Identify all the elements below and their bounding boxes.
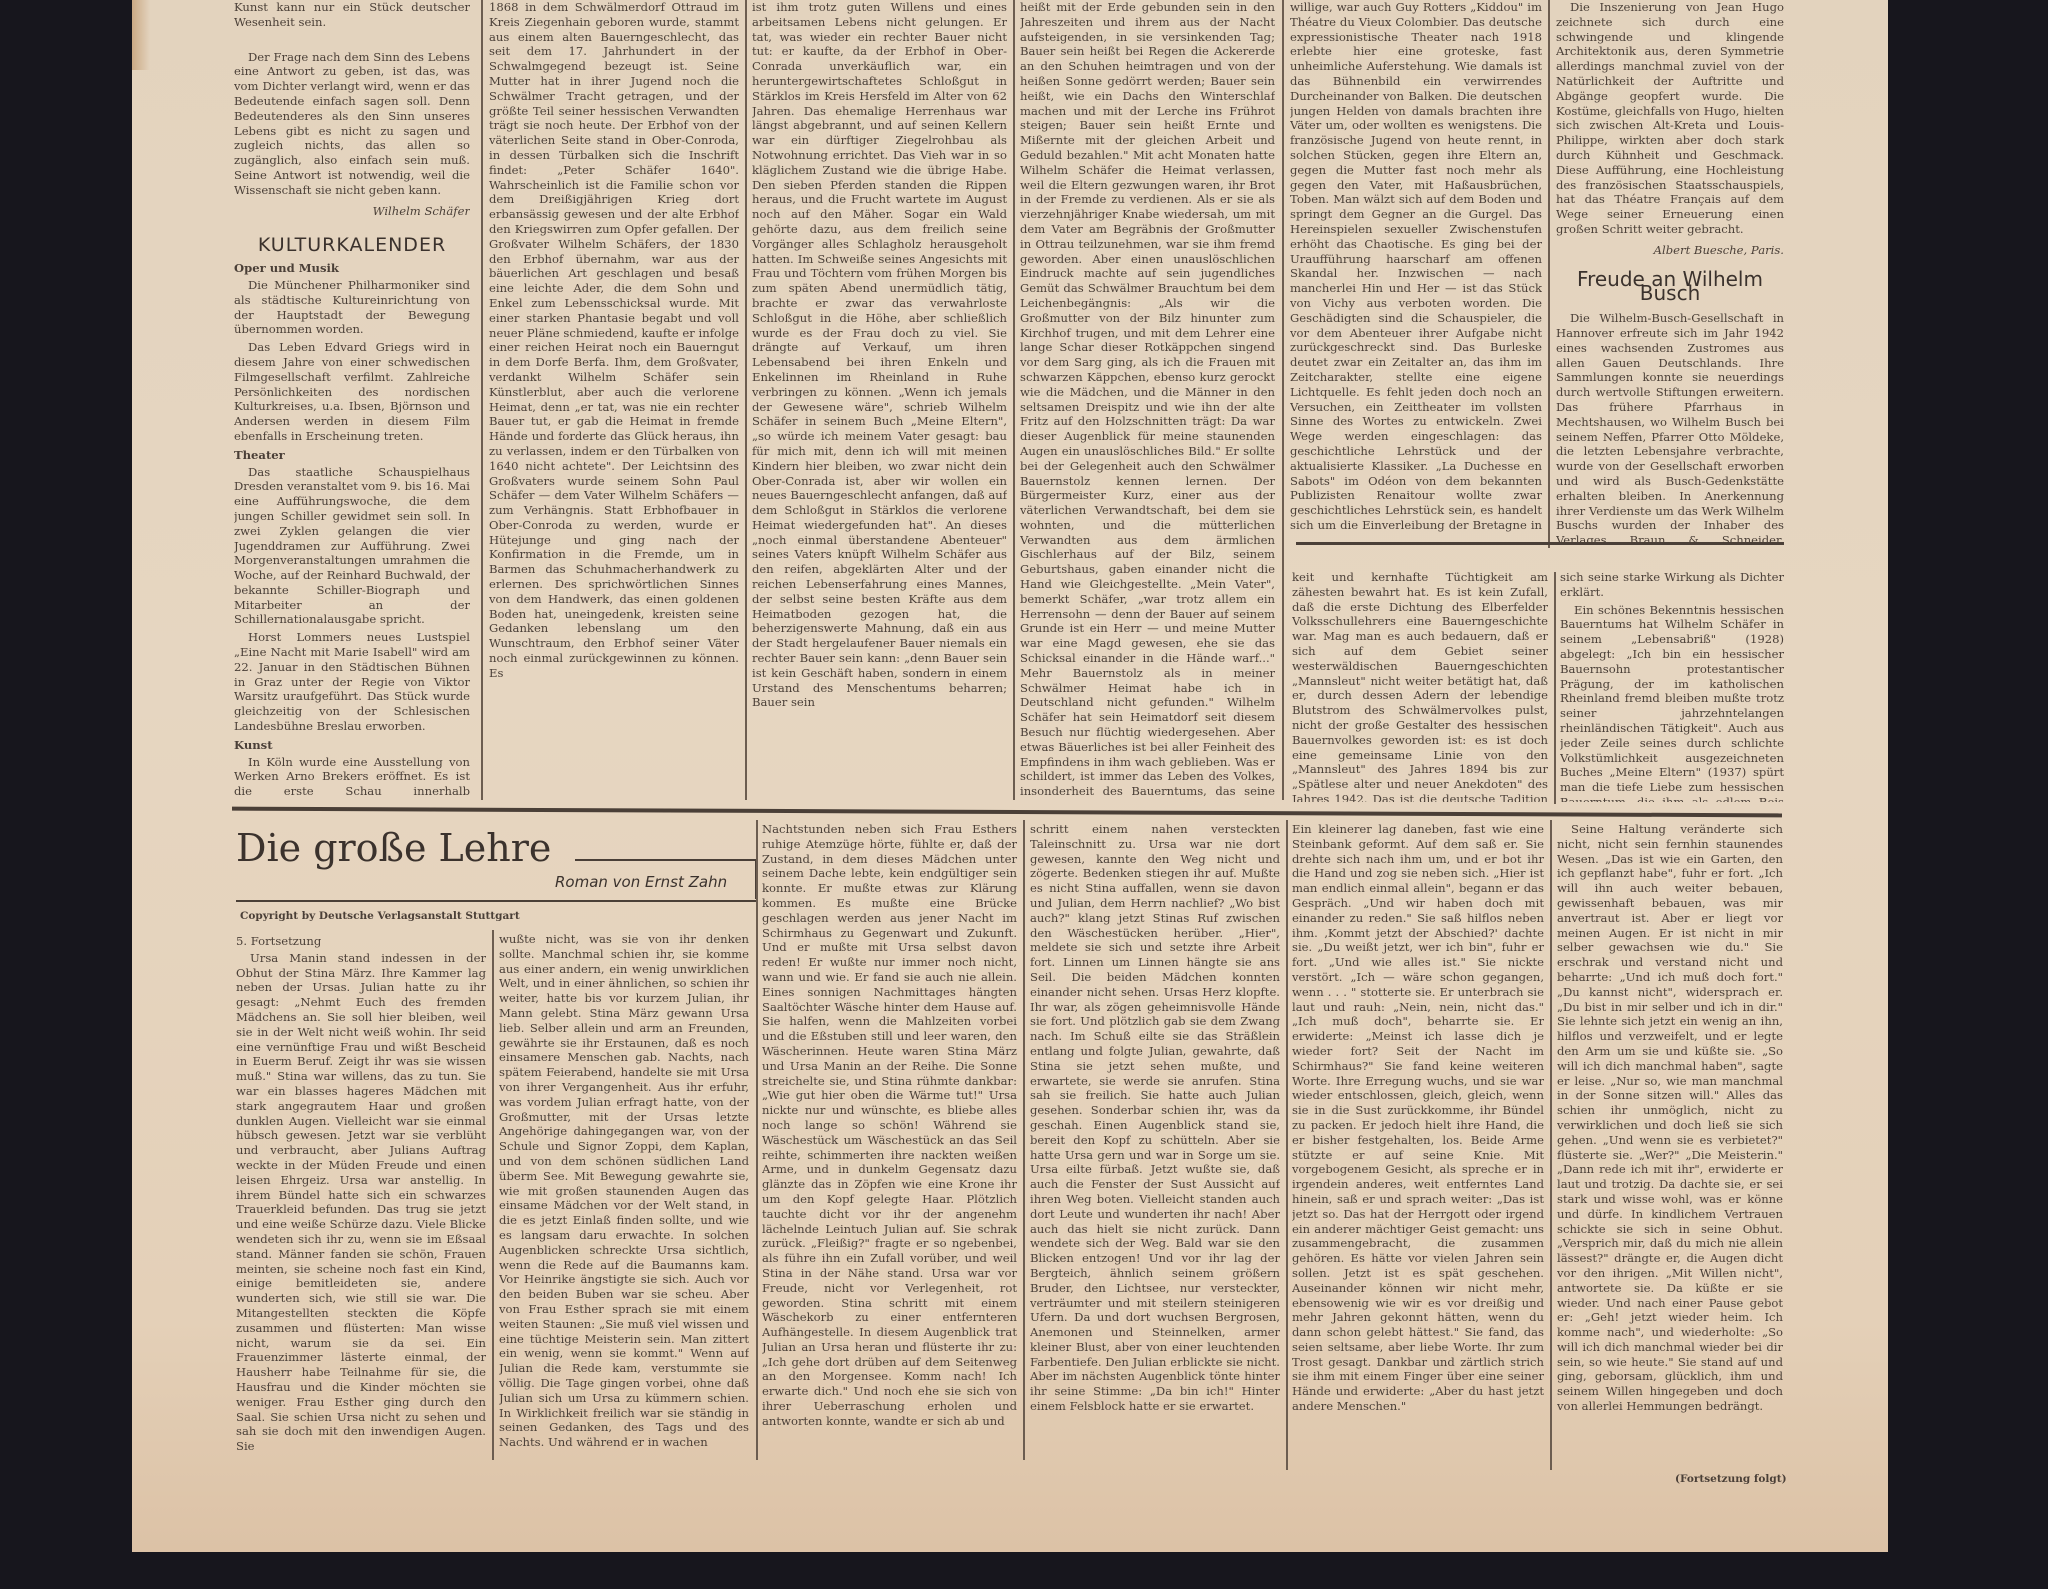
busch-heading: Freude an Wilhelm Busch [1556, 272, 1784, 302]
title-underline [236, 900, 756, 902]
title-rule [575, 859, 755, 861]
kunst-p1: In Köln wurde eine Ausstellung von Werke… [234, 755, 470, 800]
theater-p2: Horst Lommers neues Lustspiel „Eine Nach… [234, 630, 470, 734]
article-text: 1868 in dem Schwälmerdorf Ottraud im Kre… [489, 0, 739, 681]
kulturkalender-heading: KULTURKALENDER [234, 238, 470, 253]
serial-text: schritt einem nahen versteckten Taleinsc… [1030, 822, 1280, 1414]
article-text: sich seine starke Wirkung als Dichter er… [1560, 570, 1784, 600]
copyright-notice: Copyright by Deutsche Verlagsanstalt Stu… [240, 910, 520, 922]
theater-p1: Das staatliche Schauspielhaus Dresden ve… [234, 465, 470, 628]
column-divider [1554, 572, 1556, 804]
column-divider [756, 820, 758, 1460]
serial-column-1: 5. Fortsetzung Ursa Manin stand indessen… [236, 930, 486, 1454]
serial-text: Seine Haltung veränderte sich nicht, nic… [1557, 822, 1783, 1414]
serial-column-3: Nachtstunden neben sich Frau Esthers ruh… [762, 822, 1017, 1454]
serial-text: Ursa Manin stand indessen in der Obhut d… [236, 951, 486, 1454]
serial-column-6: Seine Haltung veränderte sich nicht, nic… [1557, 822, 1783, 1462]
essay-paragraph: Der Frage nach dem Sinn des Lebens eine … [234, 50, 470, 198]
paper-stain [132, 0, 150, 70]
oper-p2: Das Leben Edvard Griegs wird in diesem J… [234, 340, 470, 444]
paris-signature: Albert Buesche, Paris. [1556, 243, 1784, 258]
paris-review-text: Die Inszenierung von Jean Hugo zeichnete… [1556, 0, 1784, 237]
column-divider [1550, 820, 1552, 1470]
serial-column-5: Ein kleinerer lag daneben, fast wie eine… [1292, 822, 1544, 1470]
column-divider [1548, 0, 1550, 548]
column-busch: Die Inszenierung von Jean Hugo zeichnete… [1556, 0, 1784, 545]
article-text: keit und kernhafte Tüchtigkeit am zähest… [1292, 570, 1548, 802]
article-text: heißt mit der Erde gebunden sein in den … [1020, 0, 1275, 800]
column-schaefer-3: heißt mit der Erde gebunden sein in den … [1020, 0, 1275, 800]
oper-p1: Die Münchener Philharmoniker sind als st… [234, 278, 470, 337]
oper-heading: Oper und Musik [234, 261, 470, 276]
serial-text: wußte nicht, was sie von ihr denken soll… [499, 932, 749, 1450]
column-schaefer-2: ist ihm trotz guten Willens und eines ar… [752, 0, 1007, 800]
column-schaefer-5: sich seine starke Wirkung als Dichter er… [1560, 570, 1784, 802]
column-divider [1282, 0, 1284, 800]
column-paris-theater: willige, war auch Guy Rotters „Kiddou" i… [1290, 0, 1542, 532]
serial-column-2: wußte nicht, was sie von ihr denken soll… [499, 932, 749, 1454]
column-divider [492, 930, 494, 1460]
essay-tail: Kunst kann nur ein Stück deutscher Wesen… [234, 0, 470, 30]
serial-byline: Roman von Ernst Zahn [555, 873, 727, 891]
serial-column-4: schritt einem nahen versteckten Taleinsc… [1030, 822, 1280, 1454]
essay-signature: Wilhelm Schäfer [234, 204, 470, 219]
article-text: Ein schönes Bekenntnis hessischen Bauern… [1560, 603, 1784, 802]
column-schaefer-4: keit und kernhafte Tüchtigkeit am zähest… [1292, 570, 1548, 802]
section-rule [1296, 542, 1784, 545]
article-text: willige, war auch Guy Rotters „Kiddou" i… [1290, 0, 1542, 532]
column-divider [481, 0, 483, 800]
serial-text: Nachtstunden neben sich Frau Esthers ruh… [762, 822, 1017, 1429]
column-divider [1013, 0, 1015, 800]
column-divider [745, 0, 747, 800]
theater-heading: Theater [234, 448, 470, 463]
installment-label: 5. Fortsetzung [236, 934, 486, 949]
column-divider [1286, 820, 1288, 1470]
kunst-heading: Kunst [234, 738, 470, 753]
serial-text: Ein kleinerer lag daneben, fast wie eine… [1292, 822, 1544, 1414]
column-schaefer-1: 1868 in dem Schwälmerdorf Ottraud im Kre… [489, 0, 739, 800]
article-text: ist ihm trotz guten Willens und eines ar… [752, 0, 1007, 710]
continued-notice: (Fortsetzung folgt) [1675, 1473, 1787, 1485]
serial-title: Die große Lehre [236, 826, 551, 870]
busch-text: Die Wilhelm-Busch-Gesellschaft in Hannov… [1556, 311, 1784, 545]
column-divider [1023, 820, 1025, 1460]
column-essay-end: Kunst kann nur ein Stück deutscher Wesen… [234, 0, 470, 800]
